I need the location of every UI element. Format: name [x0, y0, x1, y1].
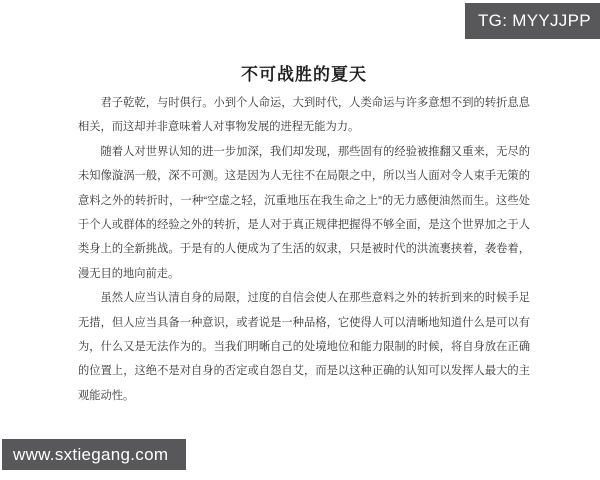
website-watermark-label: www.sxtiegang.com — [13, 445, 168, 465]
article-title: 不可战胜的夏天 — [78, 63, 530, 87]
telegram-watermark-label: TG: MYYJJPP — [478, 11, 591, 31]
article-paragraph-3: 虽然人应当认清自身的局限，过度的自信会使人在那些意料之外的转折到来的时候手足无措… — [78, 286, 530, 408]
article-paragraph-1: 君子乾乾，与时俱行。小到个人命运，大到时代，人类命运与许多意想不到的转折息息相关… — [78, 91, 530, 140]
document-page: TG: MYYJJPP 不可战胜的夏天 君子乾乾，与时俱行。小到个人命运，大到时… — [0, 0, 600, 480]
article: 不可战胜的夏天 君子乾乾，与时俱行。小到个人命运，大到时代，人类命运与许多意想不… — [78, 63, 530, 408]
telegram-watermark-badge: TG: MYYJJPP — [465, 3, 600, 39]
website-watermark-badge: www.sxtiegang.com — [2, 439, 186, 470]
article-paragraph-2: 随着人对世界认知的进一步加深，我们却发现，那些固有的经验被推翻又重来，无尽的未知… — [78, 140, 530, 286]
